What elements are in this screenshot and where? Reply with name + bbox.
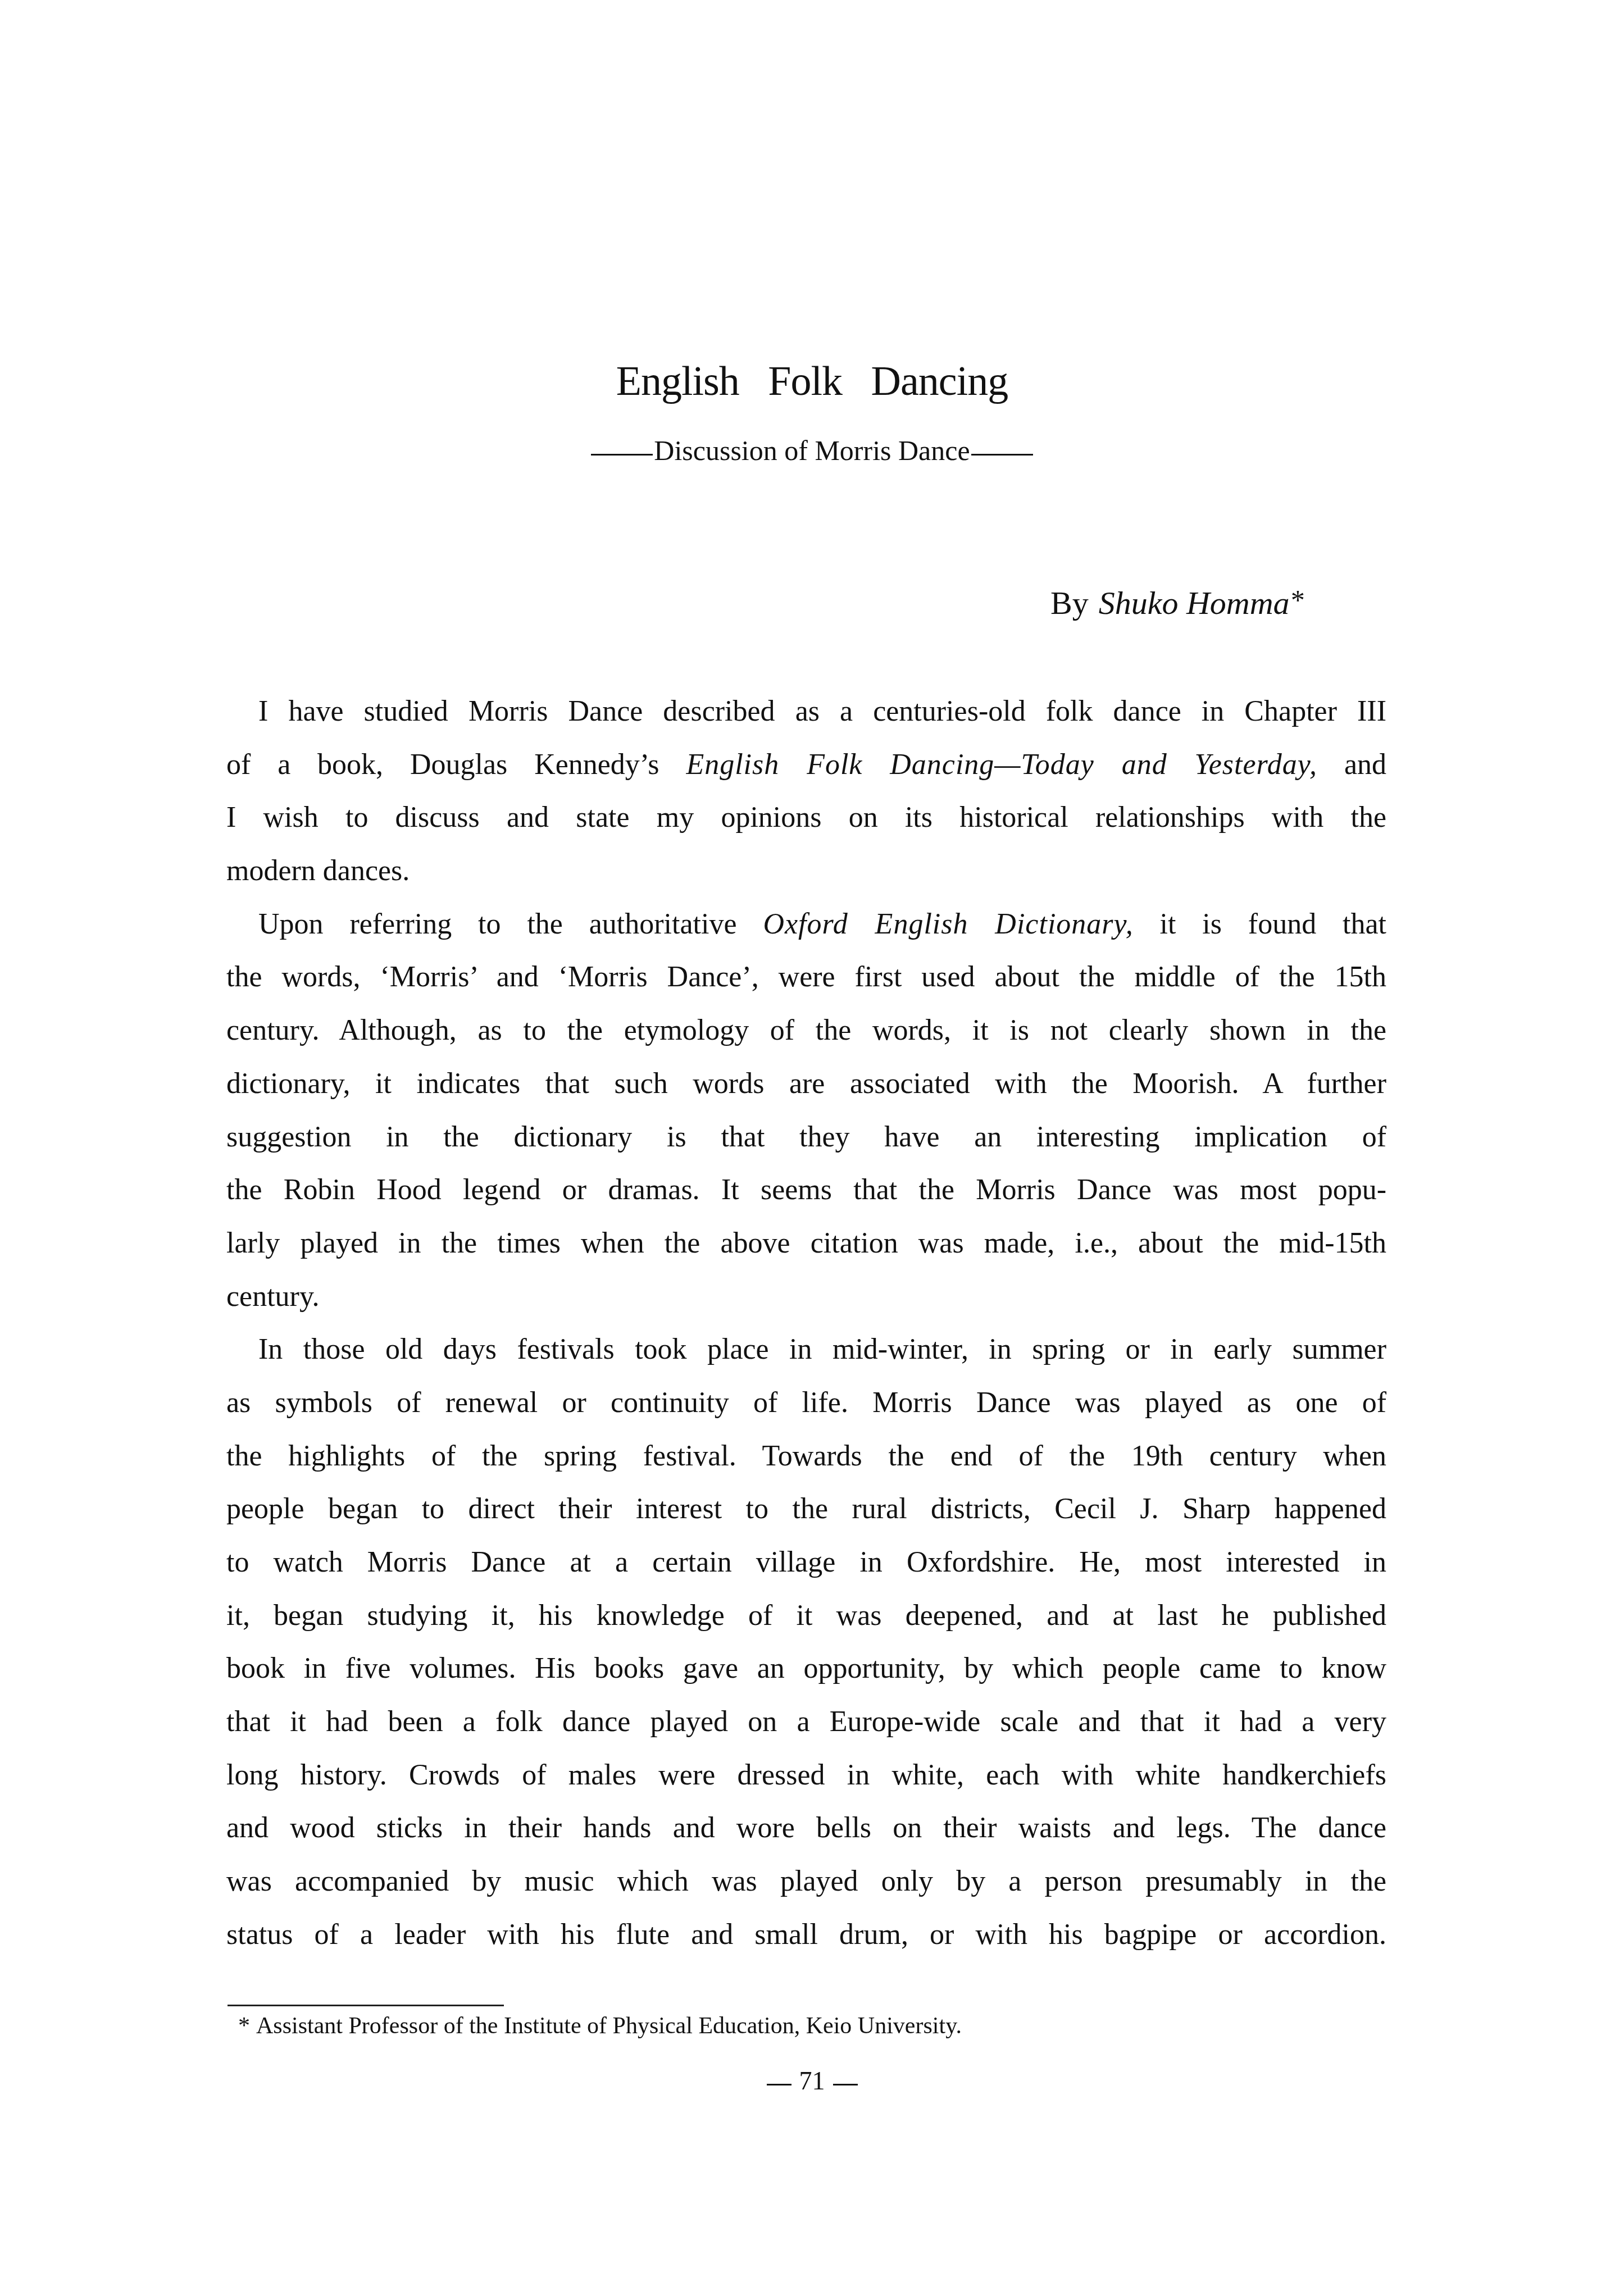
author-name: Shuko Homma bbox=[1099, 585, 1290, 621]
body-line: book in five volumes. His books gave an … bbox=[226, 1642, 1386, 1696]
body-line: Upon referring to the authoritative Oxfo… bbox=[226, 898, 1386, 951]
text-run: suggestion in the dictionary is that the… bbox=[226, 1121, 1386, 1153]
text-run: In those old days festivals took place i… bbox=[258, 1333, 1386, 1365]
body-line: as symbols of renewal or continuity of l… bbox=[226, 1377, 1386, 1430]
text-run: that it had been a folk dance played on … bbox=[226, 1706, 1386, 1738]
body-line-text: book in five volumes. His books gave an … bbox=[226, 1652, 1386, 1684]
body-line-text: I wish to discuss and state my opinions … bbox=[226, 802, 1386, 834]
body-line-text: was accompanied by music which was playe… bbox=[226, 1865, 1386, 1897]
body-line-text: and wood sticks in their hands and wore … bbox=[226, 1812, 1386, 1844]
body-line-text: century. bbox=[226, 1281, 320, 1313]
body-line: suggestion in the dictionary is that the… bbox=[226, 1111, 1386, 1164]
text-run: century. bbox=[226, 1281, 320, 1313]
article-body: I have studied Morris Dance described as… bbox=[226, 685, 1386, 1962]
body-line: modern dances. bbox=[226, 845, 1386, 898]
body-line: of a book, Douglas Kennedy’s English Fol… bbox=[226, 739, 1386, 792]
subtitle-text: Discussion of Morris Dance bbox=[654, 435, 970, 466]
footnote-text: Assistant Professor of the Institute of … bbox=[256, 2013, 962, 2039]
em-dash-right bbox=[971, 454, 1033, 456]
text-run: book in five volumes. His books gave an … bbox=[226, 1652, 1386, 1684]
document-page: English Folk Dancing Discussion of Morri… bbox=[0, 0, 1624, 2286]
text-run: century. Although, as to the etymology o… bbox=[226, 1014, 1386, 1046]
footnote-marker: * bbox=[1290, 584, 1304, 616]
text-run: I wish to discuss and state my opinions … bbox=[226, 802, 1386, 834]
body-line-text: modern dances. bbox=[226, 855, 410, 887]
body-line-text: dictionary, it indicates that such words… bbox=[226, 1068, 1386, 1100]
text-run: it, began studying it, his knowledge of … bbox=[226, 1600, 1386, 1632]
title-word: Dancing bbox=[871, 356, 1008, 407]
body-line: it, began studying it, his knowledge of … bbox=[226, 1590, 1386, 1643]
body-line-text: larly played in the times when the above… bbox=[226, 1227, 1386, 1259]
page-dash-right bbox=[833, 2084, 858, 2085]
body-line: the highlights of the spring festival. T… bbox=[226, 1430, 1386, 1483]
text-run: it is found that bbox=[1134, 908, 1386, 940]
footnote: *Assistant Professor of the Institute of… bbox=[238, 2012, 962, 2039]
text-run: modern dances. bbox=[226, 855, 410, 887]
body-line-text: status of a leader with his flute and sm… bbox=[226, 1919, 1386, 1951]
text-run: dictionary, it indicates that such words… bbox=[226, 1068, 1386, 1100]
body-line-text: as symbols of renewal or continuity of l… bbox=[226, 1387, 1386, 1419]
body-line-text: I have studied Morris Dance described as… bbox=[258, 695, 1386, 727]
text-run: of a book, Douglas Kennedy’s bbox=[226, 749, 686, 781]
body-line: century. bbox=[226, 1270, 1386, 1324]
text-run: the Robin Hood legend or dramas. It seem… bbox=[226, 1174, 1386, 1206]
title-word: English bbox=[616, 356, 739, 407]
body-line-text: the words, ‘Morris’ and ‘Morris Dance’, … bbox=[226, 961, 1386, 993]
text-run: was accompanied by music which was playe… bbox=[226, 1865, 1386, 1897]
body-line: century. Although, as to the etymology o… bbox=[226, 1004, 1386, 1058]
body-line: to watch Morris Dance at a certain villa… bbox=[226, 1536, 1386, 1590]
body-line: people began to direct their interest to… bbox=[226, 1483, 1386, 1536]
page-number-text: 71 bbox=[799, 2066, 825, 2095]
footnote-mark: * bbox=[238, 2012, 256, 2039]
page-number: 71 bbox=[0, 2067, 1624, 2095]
body-line: I have studied Morris Dance described as… bbox=[226, 685, 1386, 739]
text-run: I have studied Morris Dance described as… bbox=[258, 695, 1386, 727]
author-byline: ByShuko Homma* bbox=[1050, 582, 1304, 621]
text-run: as symbols of renewal or continuity of l… bbox=[226, 1387, 1386, 1419]
body-line: In those old days festivals took place i… bbox=[226, 1323, 1386, 1377]
body-line: the Robin Hood legend or dramas. It seem… bbox=[226, 1164, 1386, 1217]
text-run: and wood sticks in their hands and wore … bbox=[226, 1812, 1386, 1844]
body-line: the words, ‘Morris’ and ‘Morris Dance’, … bbox=[226, 951, 1386, 1004]
title-word: Folk bbox=[768, 356, 842, 407]
footnote-rule bbox=[228, 2005, 504, 2006]
body-line-text: to watch Morris Dance at a certain villa… bbox=[226, 1546, 1386, 1578]
body-line-text: it, began studying it, his knowledge of … bbox=[226, 1600, 1386, 1632]
body-line: long history. Crowds of males were dress… bbox=[226, 1749, 1386, 1802]
article-title: English Folk Dancing bbox=[0, 356, 1624, 407]
body-line-text: the Robin Hood legend or dramas. It seem… bbox=[226, 1174, 1386, 1206]
italic-title-reference: Oxford English Dictionary, bbox=[763, 908, 1133, 940]
body-line: I wish to discuss and state my opinions … bbox=[226, 791, 1386, 845]
text-run: the highlights of the spring festival. T… bbox=[226, 1440, 1386, 1472]
body-line: and wood sticks in their hands and wore … bbox=[226, 1802, 1386, 1855]
em-dash-left bbox=[591, 454, 653, 456]
byline-prefix: By bbox=[1050, 585, 1089, 621]
body-line-text: long history. Crowds of males were dress… bbox=[226, 1759, 1386, 1791]
body-line-text: In those old days festivals took place i… bbox=[258, 1333, 1386, 1365]
body-line-text: the highlights of the spring festival. T… bbox=[226, 1440, 1386, 1472]
body-line: dictionary, it indicates that such words… bbox=[226, 1058, 1386, 1111]
body-line-text: of a book, Douglas Kennedy’s English Fol… bbox=[226, 749, 1386, 781]
body-line-text: that it had been a folk dance played on … bbox=[226, 1706, 1386, 1738]
text-run: to watch Morris Dance at a certain villa… bbox=[226, 1546, 1386, 1578]
body-line-text: suggestion in the dictionary is that the… bbox=[226, 1121, 1386, 1153]
text-run: status of a leader with his flute and sm… bbox=[226, 1919, 1386, 1951]
article-subtitle: Discussion of Morris Dance bbox=[0, 434, 1624, 467]
body-line-text: century. Although, as to the etymology o… bbox=[226, 1014, 1386, 1046]
text-run: Upon referring to the authoritative bbox=[258, 908, 763, 940]
text-run: larly played in the times when the above… bbox=[226, 1227, 1386, 1259]
body-line: larly played in the times when the above… bbox=[226, 1217, 1386, 1270]
text-run: people began to direct their interest to… bbox=[226, 1493, 1386, 1525]
body-line-text: Upon referring to the authoritative Oxfo… bbox=[258, 908, 1386, 940]
italic-title-reference: English Folk Dancing—Today and Yesterday… bbox=[686, 749, 1317, 781]
body-line: that it had been a folk dance played on … bbox=[226, 1696, 1386, 1749]
page-dash-left bbox=[767, 2084, 791, 2085]
body-line-text: people began to direct their interest to… bbox=[226, 1493, 1386, 1525]
body-line: was accompanied by music which was playe… bbox=[226, 1855, 1386, 1909]
body-line: status of a leader with his flute and sm… bbox=[226, 1909, 1386, 1962]
text-run: and bbox=[1317, 749, 1386, 781]
text-run: long history. Crowds of males were dress… bbox=[226, 1759, 1386, 1791]
text-run: the words, ‘Morris’ and ‘Morris Dance’, … bbox=[226, 961, 1386, 993]
